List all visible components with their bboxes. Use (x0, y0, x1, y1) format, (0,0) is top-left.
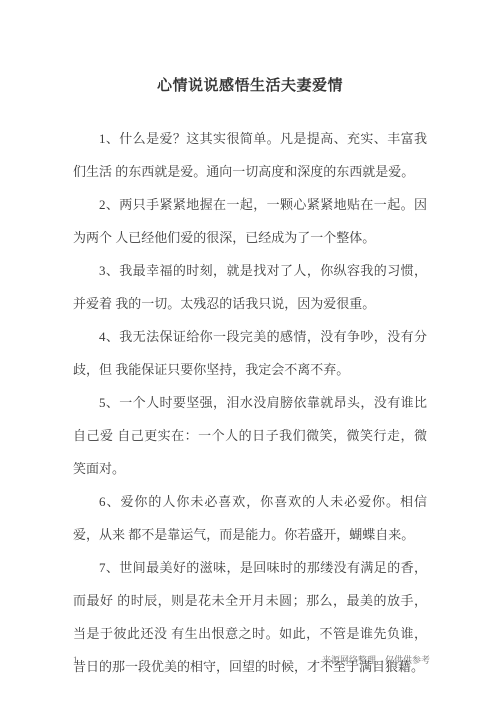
footer-note: 来源网络整理，仅供供参考 (322, 653, 430, 667)
document-body: 1、什么是爱？这其实很简单。凡是提高、充实、丰富我们生活 的东西就是爱。通向一切… (73, 122, 427, 683)
page-number: 1 (73, 653, 78, 667)
paragraph-3: 3、我最幸福的时刻，就是找对了人，你纵容我的习惯，并爱着 我的一切。太残忍的话我… (73, 254, 427, 320)
paragraph-4: 4、我无法保证给你一段完美的感情，没有争吵，没有分歧，但 我能保证只要你坚持，我… (73, 320, 427, 386)
paragraph-5: 5、一个人时要坚强，泪水没肩膀依靠就昂头，没有谁比自己爱 自己更实在：一个人的日… (73, 386, 427, 485)
paragraph-6: 6、爱你的人你未必喜欢，你喜欢的人未必爱你。相信爱，从来 都不是靠运气，而是能力… (73, 485, 427, 551)
document-page: 心情说说感悟生活夫妻爱情 1、什么是爱？这其实很简单。凡是提高、充实、丰富我们生… (0, 0, 500, 708)
paragraph-2: 2、两只手紧紧地握在一起，一颗心紧紧地贴在一起。因为两个 人已经他们爱的很深，已… (73, 188, 427, 254)
paragraph-1: 1、什么是爱？这其实很简单。凡是提高、充实、丰富我们生活 的东西就是爱。通向一切… (73, 122, 427, 188)
page-footer: 1 来源网络整理，仅供供参考 (73, 653, 430, 667)
page-title: 心情说说感悟生活夫妻爱情 (0, 0, 500, 95)
